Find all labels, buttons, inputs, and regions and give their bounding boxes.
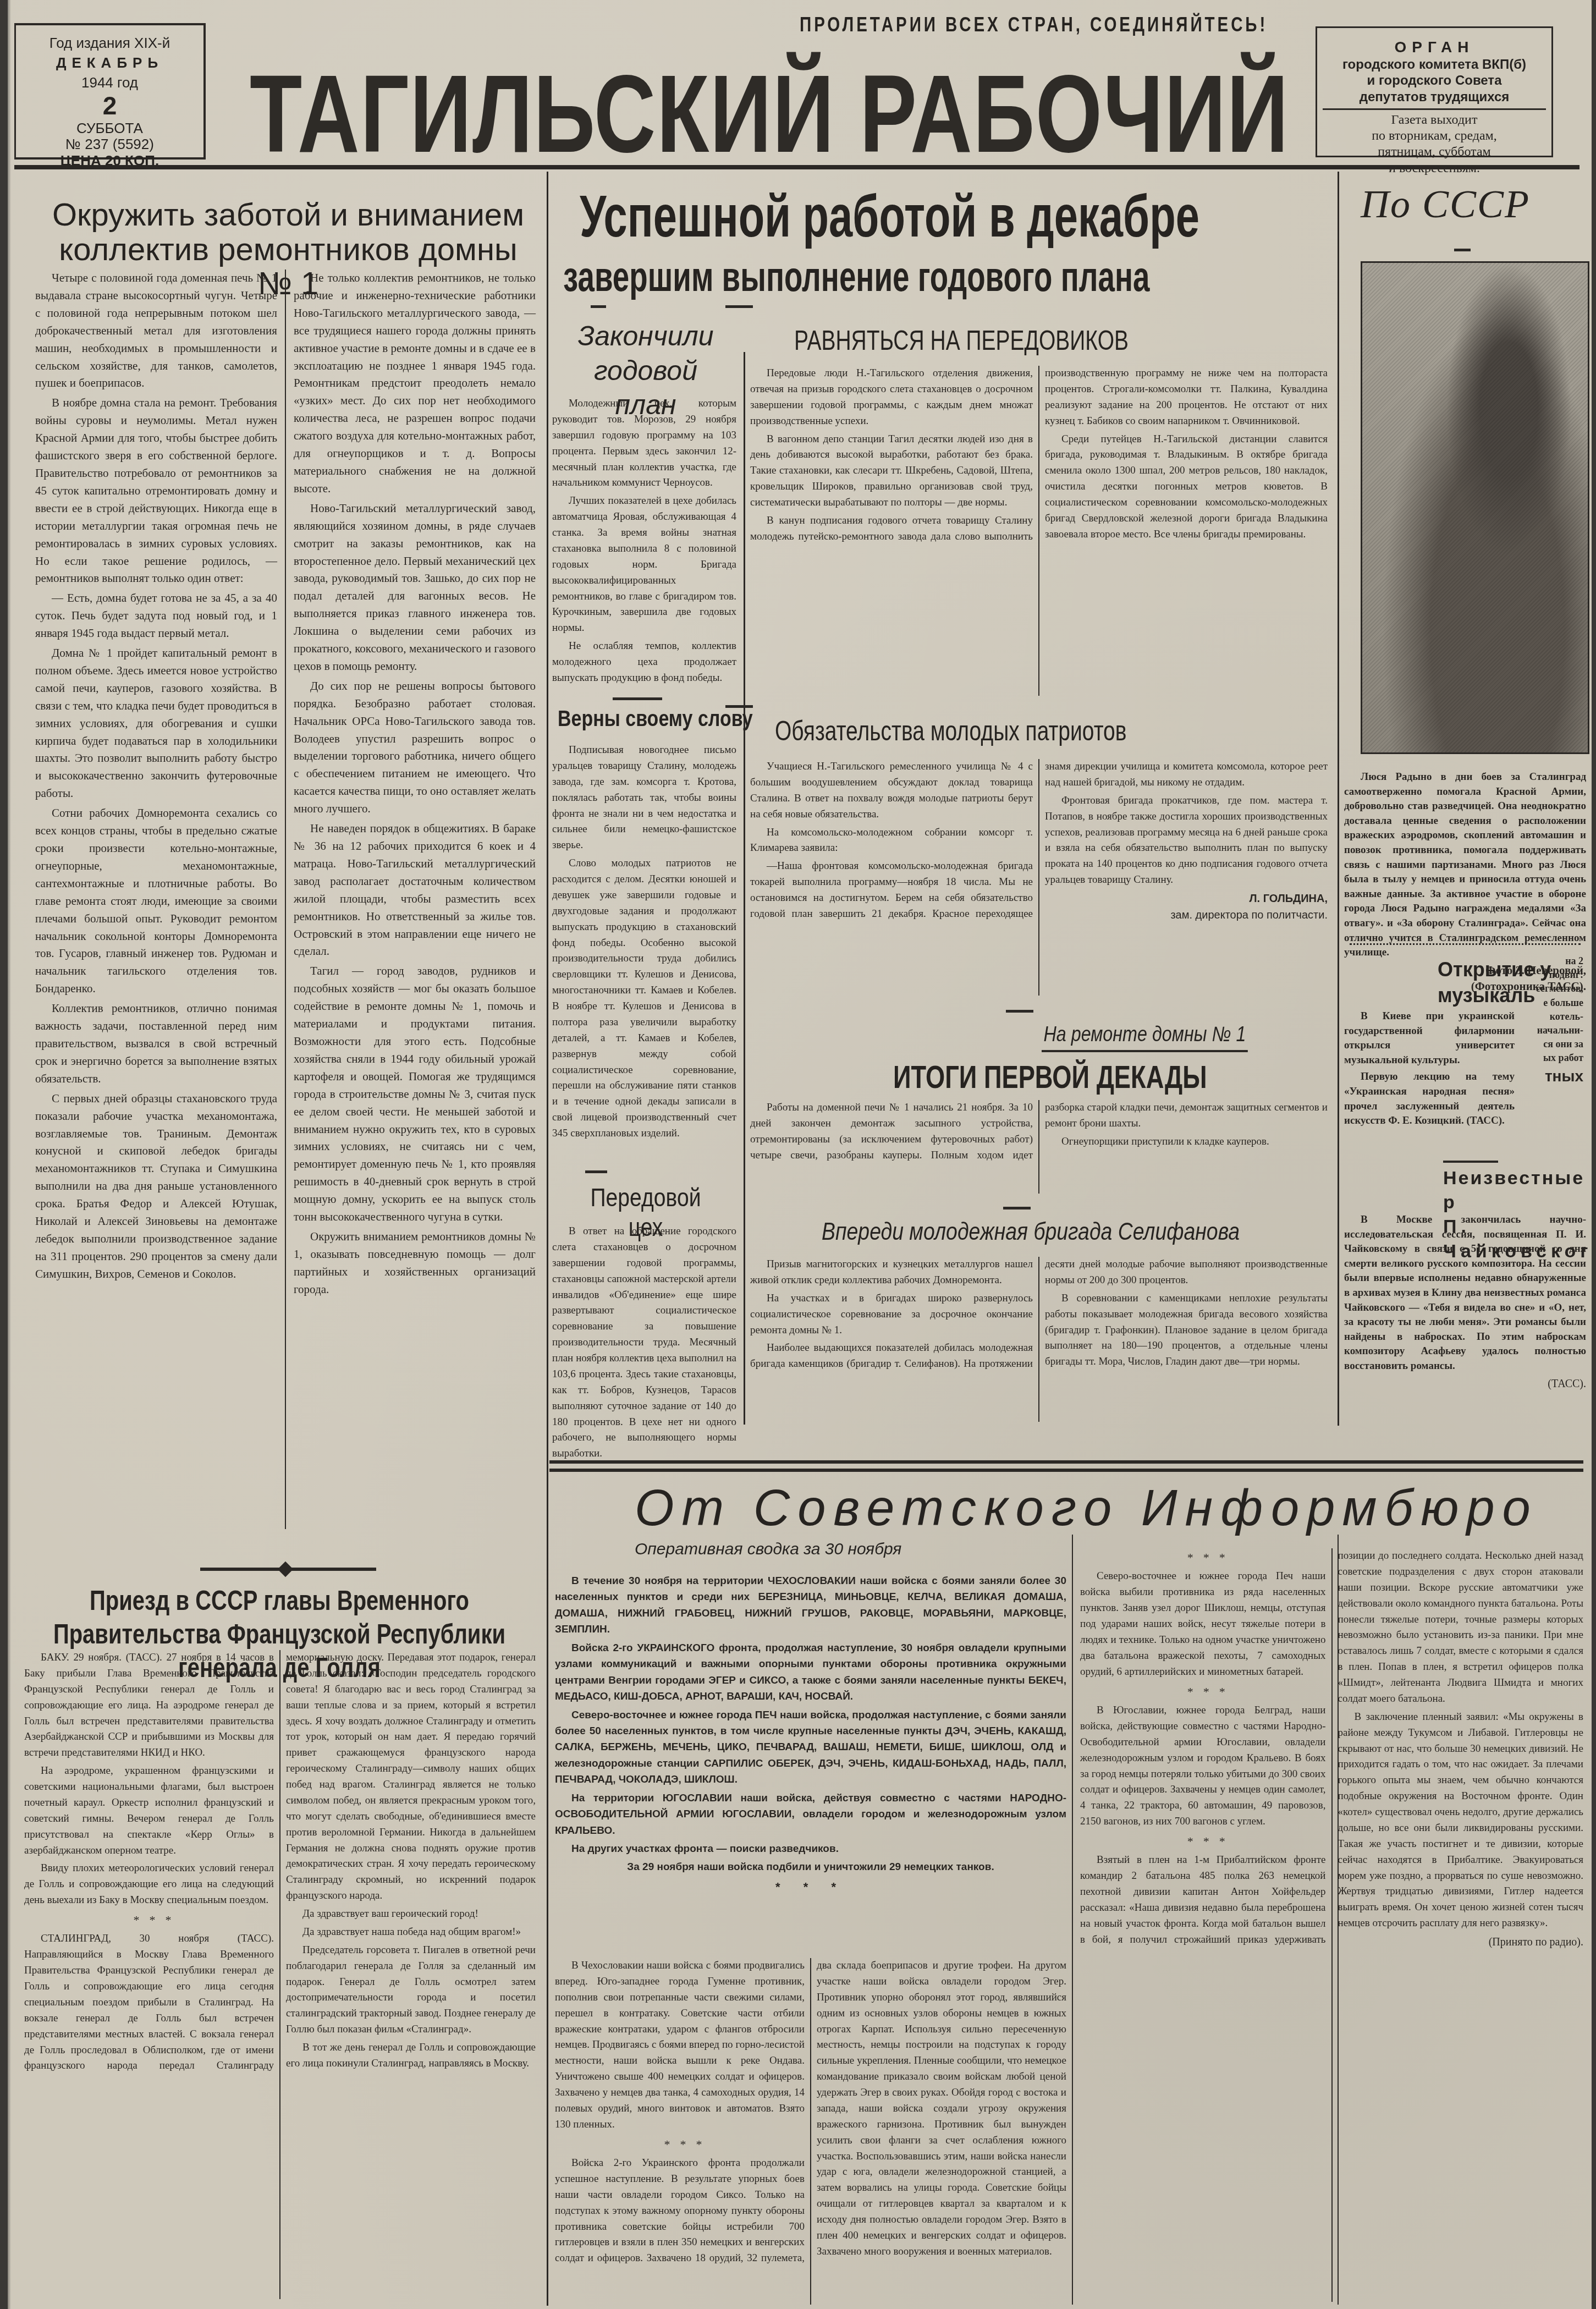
separator-stars: ***: [555, 2135, 805, 2153]
newspaper-page: Год издания XIX-й ДЕКАБРЬ 1944 год 2 СУБ…: [8, 0, 1592, 2309]
paragraph: В заключение пленный заявил: «Мы окружен…: [1338, 1709, 1584, 1932]
column-divider: [547, 1426, 548, 2306]
schedule-line3: пятницам, субботам: [1317, 144, 1551, 160]
paragraph: В ответ на обращение городского слета ст…: [552, 1224, 736, 1462]
paragraph: На территории ЮГОСЛАВИИ наши войска, дей…: [555, 1790, 1066, 1839]
paragraph: Северо-восточнее и южнее города ПЕЧ наши…: [555, 1707, 1066, 1788]
issue-month: ДЕКАБРЬ: [16, 55, 203, 72]
column-divider: [285, 270, 286, 1529]
paragraph: Учащиеся Н.-Тагильского ремесленного учи…: [750, 759, 1033, 823]
paragraph: Председатель горсовета т. Пигалев в отве…: [286, 1943, 536, 2038]
issue-info-box: Год издания XIX-й ДЕКАБРЬ 1944 год 2 СУБ…: [14, 23, 206, 160]
divider: [1006, 1010, 1033, 1013]
separator-stars: * * *: [555, 1878, 1066, 1896]
tchaikovsky-title-line1: Неизвестные р: [1443, 1166, 1593, 1214]
paragraph: В Чехословакии наши войска с боями продв…: [555, 1958, 805, 2133]
organ-line3: депутатов трудящихся: [1317, 89, 1551, 105]
paragraph: Ново-Тагильский металлургический завод, …: [294, 500, 536, 675]
paragraph: Призыв магнитогорских и кузнецких металл…: [750, 1257, 1033, 1289]
patriots-signature-role: зам. директора по политчасти.: [1045, 907, 1328, 923]
photo-lyusya-radyno: Люся Радыно: [1361, 261, 1589, 754]
paragraph: С первых дней образцы стахановского труд…: [35, 1090, 277, 1283]
left-article-col1: Четыре с половиной года доменная печь № …: [35, 270, 277, 1285]
divider: [1003, 1207, 1031, 1210]
selifanov-title: Впереди молодежная бригада Селифанова: [822, 1218, 1240, 1246]
paragraph: Домна № 1 пройдет капитальный ремонт в п…: [35, 645, 277, 802]
paragraph: Огнеупорщики приступили к кладке кауперо…: [1045, 1134, 1328, 1150]
paragraph: Передовые люди Н.-Тагильского отделения …: [750, 366, 1033, 430]
paragraph: Да здравствует наша победа над общим вра…: [286, 1925, 536, 1940]
double-rule: [549, 1460, 1583, 1464]
fragment: сегментов,: [1528, 982, 1583, 996]
newspaper-title: ТАГИЛЬСКИЙ РАБОЧИЙ: [250, 59, 1289, 169]
paragraph: — Есть, домна будет готова не за 45, а з…: [35, 590, 277, 642]
paragraph: Не наведен порядок в общежитиях. В барак…: [294, 820, 536, 960]
separator-stars: ***: [1080, 1832, 1326, 1850]
organ-box: ОРГАН городского комитета ВКП(б) и город…: [1316, 26, 1553, 157]
tchaikovsky-credit: (ТАСС).: [1344, 1376, 1586, 1392]
column-divider: [1338, 172, 1339, 1426]
informburo-summary: В течение 30 ноября на территории ЧЕХОСЛ…: [555, 1573, 1066, 1899]
organ-line2: и городского Совета: [1317, 73, 1551, 89]
caption-text: Люся Радыно в дни боев за Сталинград сам…: [1344, 770, 1586, 960]
edition-year: Год издания XIX-й: [16, 35, 203, 52]
university-body: В Киеве при украинской государственной ф…: [1344, 1009, 1515, 1131]
leading-shop-body: В ответ на обращение городского слета ст…: [552, 1224, 736, 1464]
paragraph: В Москве закончилась научно-исследовател…: [1344, 1213, 1586, 1374]
paragraph: Да здравствует ваш героический город!: [286, 1906, 536, 1922]
patriots-title: Обязательства молодых патриотов: [775, 715, 1126, 747]
paragraph: Фронтовая бригада прокатчиков, где пом. …: [1045, 793, 1328, 888]
paragraph: Молодежный цех, которым руководит тов. М…: [552, 396, 736, 491]
paragraph: В Киеве при украинской государственной ф…: [1344, 1009, 1515, 1068]
torn-overlap-fragments: на 2 подвиг: сегментов, е больше котель-…: [1528, 954, 1583, 1087]
paragraph: На участках и в бригадах широко разверну…: [750, 1291, 1033, 1339]
paragraph: Работы на доменной печи № 1 начались 21 …: [750, 1100, 1328, 1164]
patriots-signature: Л. ГОЛЬДИНА,: [1045, 890, 1328, 907]
paragraph: В тот же день генерал де Голль и сопрово…: [286, 2040, 536, 2072]
paragraph: В вагонном депо станции Тагил десятки лю…: [750, 432, 1033, 511]
divider: [725, 305, 753, 308]
divider: [585, 1170, 607, 1173]
paragraph: Северо-восточнее и южнее города Печ наши…: [1080, 1569, 1326, 1680]
issue-weekday: СУББОТА: [16, 120, 203, 137]
left-article-col2: Не только коллектив ремонтников, не толь…: [294, 270, 536, 1301]
organ-label: ОРГАН: [1394, 39, 1474, 56]
masthead-rule: [14, 165, 1580, 169]
organ-line1: городского комитета ВКП(б): [1317, 57, 1551, 73]
de-gaulle-body: БАКУ. 29 ноября. (ТАСС). 27 ноября в 14 …: [24, 1650, 536, 2299]
patriots-body: Учащиеся Н.-Тагильского ремесленного учи…: [750, 759, 1328, 996]
separator-stars: ***: [1080, 1548, 1326, 1566]
column-divider: [547, 172, 548, 1426]
informburo-subtitle: Оперативная сводка за 30 ноября: [635, 1540, 901, 1559]
fragment: е больше: [1528, 996, 1583, 1010]
fragment: тных: [1528, 1065, 1583, 1087]
fragment: на 2: [1528, 954, 1583, 968]
selifanov-body: Призыв магнитогорских и кузнецких металл…: [750, 1257, 1328, 1422]
divider: [1454, 249, 1471, 251]
separator-stars: ***: [24, 1911, 274, 1929]
banner-line2: завершим выполнение годового плана: [563, 253, 1149, 301]
faithful-body: Подписывая новогоднее письмо уральцев то…: [552, 743, 736, 1144]
schedule-line2: по вторникам, средам,: [1317, 128, 1551, 144]
informburo-title: От Советского Информбюро: [635, 1480, 1538, 1537]
paragraph: Окружить вниманием ремонтников домны № 1…: [294, 1228, 536, 1299]
paragraph: Слово молодых патриотов не расходится с …: [552, 856, 736, 1142]
paragraph: На аэродроме, украшенном французскими и …: [24, 1763, 274, 1859]
fragment: начальни-: [1528, 1024, 1583, 1037]
schedule-line1: Газета выходит: [1317, 112, 1551, 128]
issue-year: 1944 год: [16, 75, 203, 91]
column-divider: [1072, 1535, 1073, 2305]
paragraph: Первую лекцию на тему «Украинская народн…: [1344, 1070, 1515, 1128]
paragraph: Лучших показателей в цехе добилась автом…: [552, 493, 736, 636]
issue-number: № 237 (5592): [16, 136, 203, 153]
fragment: ся они за: [1528, 1037, 1583, 1051]
paragraph: Подписывая новогоднее письмо уральцев то…: [552, 743, 736, 854]
paragraph: Коллектив ремонтников, отлично понимая в…: [35, 1000, 277, 1088]
paragraph: Ввиду плохих метеорологических условий г…: [24, 1861, 274, 1909]
page-edge: [8, 0, 11, 2309]
informburo-details-right: *** Северо-восточнее и южнее города Печ …: [1080, 1548, 1583, 2302]
left-article-body: Четыре с половиной года доменная печь № …: [35, 270, 536, 1546]
paragraph: До сих пор не решены вопросы бытового по…: [294, 678, 536, 818]
divider: [1443, 1161, 1498, 1163]
paragraph: БАКУ. 29 ноября. (ТАСС). 27 ноября в 14 …: [24, 1650, 274, 1761]
paragraph: Тагил — город заводов, рудников и подсоб…: [294, 963, 536, 1226]
tchaikovsky-body: В Москве закончилась научно-исследовател…: [1344, 1213, 1586, 1392]
faithful-title: Верны своему слову: [558, 707, 753, 732]
paragraph: На комсомольско-молодежном собрании комс…: [750, 825, 1033, 857]
fragment: ых работ: [1528, 1051, 1583, 1065]
repair-body: Работы на доменной печи № 1 начались 21 …: [750, 1100, 1328, 1194]
informburo-credit: (Принято по радио).: [1338, 1934, 1584, 1950]
fragment: подвиг:: [1528, 968, 1583, 982]
paragraph: Четыре с половиной года доменная печь № …: [35, 270, 277, 392]
ussr-section-header: По СССР: [1361, 182, 1530, 227]
paragraph: Войска 2-го УКРАИНСКОГО фронта, продолжа…: [555, 1640, 1066, 1705]
paragraph: В Югославии, южнее города Белград, наши …: [1080, 1703, 1326, 1830]
diamond-ornament: [278, 1562, 293, 1577]
column-divider: [744, 352, 745, 1425]
repair-title: ИТОГИ ПЕРВОЙ ДЕКАДЫ: [893, 1059, 1207, 1096]
issue-day: 2: [16, 91, 203, 120]
repair-rubric: На ремонте домны № 1: [1042, 1023, 1248, 1052]
informburo-details-left: В Чехословакии наши войска с боями продв…: [555, 1958, 1066, 2305]
divider: [591, 305, 606, 308]
paragraph: Среди путейцев Н.-Тагильской дистанции с…: [1045, 432, 1328, 543]
wavy-divider: [1350, 943, 1581, 945]
paragraph: Не только коллектив ремонтников, не толь…: [294, 270, 536, 498]
paragraph: Сотни рабочих Домноремонта сехались со в…: [35, 805, 277, 998]
divider: [725, 705, 753, 708]
paragraph: На других участках фронта — поиски разве…: [555, 1841, 1066, 1857]
paragraph: В соревновании с каменщиками неплохие ре…: [1045, 1291, 1328, 1370]
double-rule: [549, 1469, 1583, 1472]
leaders-body: Передовые люди Н.-Тагильского отделения …: [750, 366, 1328, 696]
banner-line1: Успешной работой в декабре: [580, 182, 1199, 250]
paragraph: В ноябре домна стала на ремонт. Требован…: [35, 394, 277, 587]
paragraph: В течение 30 ноября на территории ЧЕХОСЛ…: [555, 1573, 1066, 1638]
fragment: котель-: [1528, 1010, 1583, 1024]
slogan: ПРОЛЕТАРИИ ВСЕХ СТРАН, СОЕДИНЯЙТЕСЬ!: [800, 13, 1251, 36]
finished-body: Молодежный цех, которым руководит тов. М…: [552, 396, 736, 689]
divider: [613, 697, 662, 700]
paragraph: За 29 ноября наши войска подбили и уничт…: [555, 1859, 1066, 1875]
paragraph: Не ослабляя темпов, коллектив молодежног…: [552, 639, 736, 686]
separator-stars: ***: [1080, 1683, 1326, 1701]
leaders-title: РАВНЯТЬСЯ НА ПЕРЕДОВИКОВ: [794, 325, 1129, 356]
